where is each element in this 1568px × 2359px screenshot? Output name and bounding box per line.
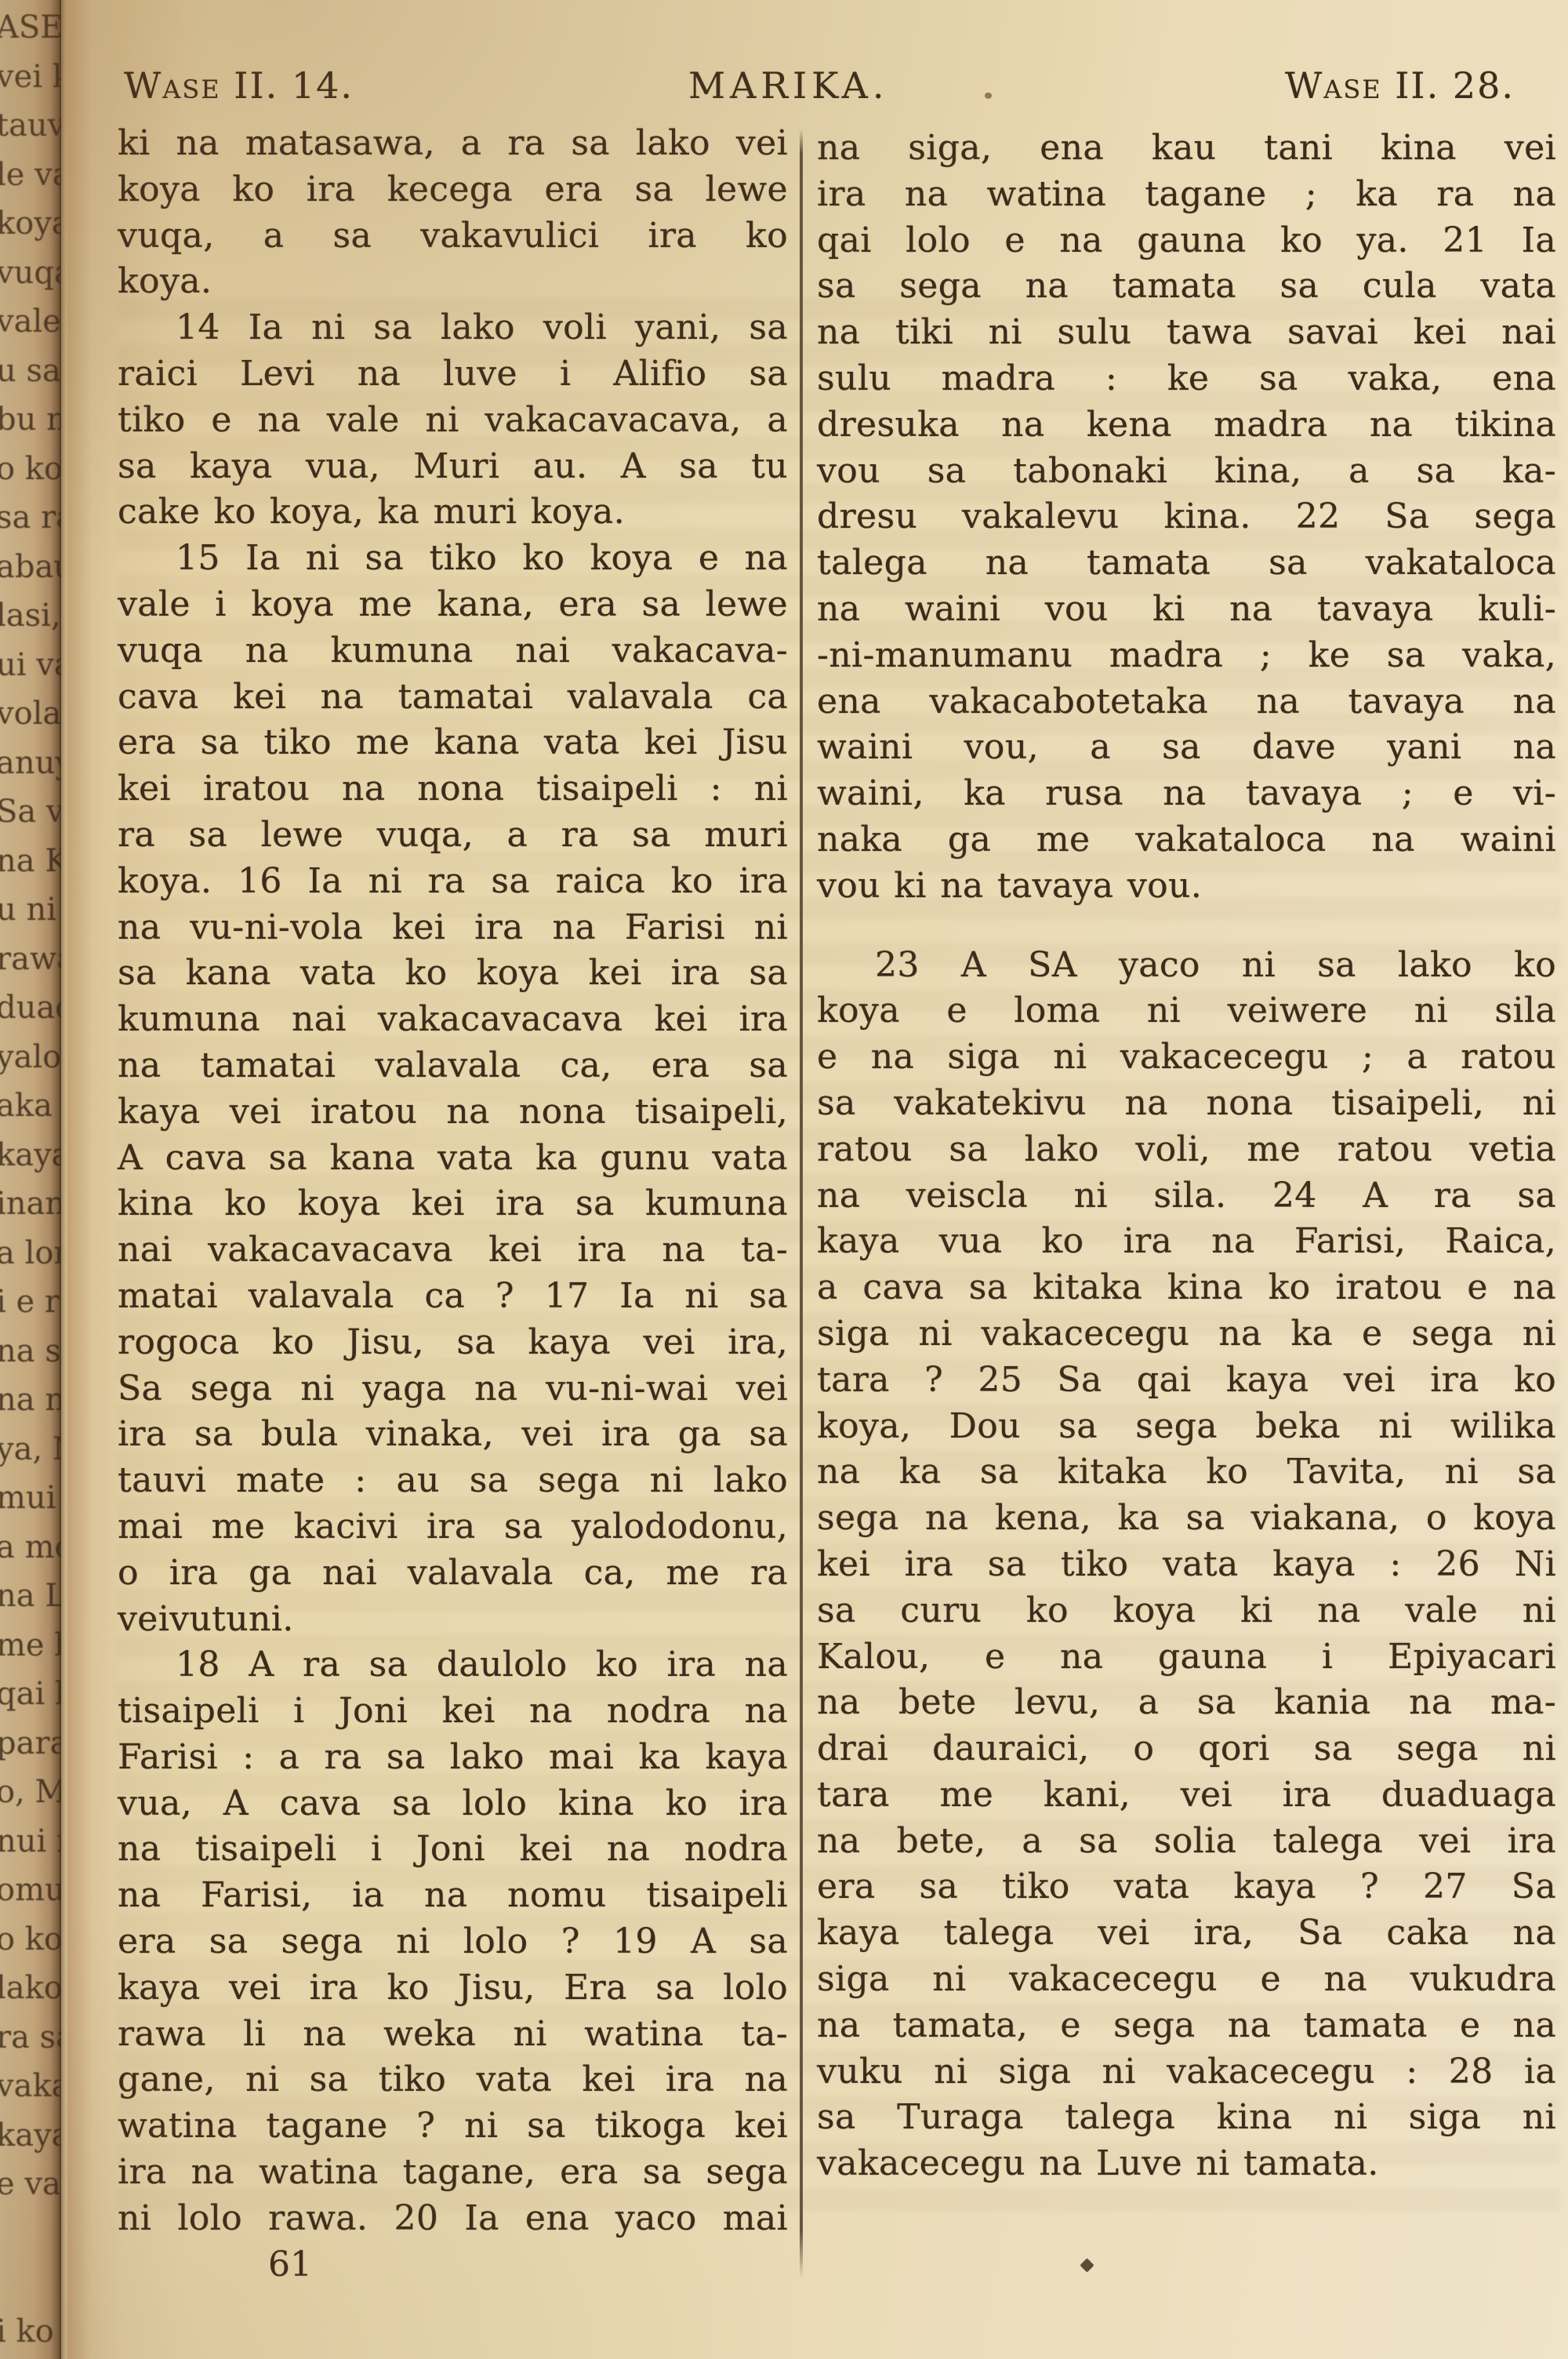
text-line: waini vou, a sa dave yani na [817,725,1556,771]
text-line: na Farisi, ia na nomu tisaipeli [118,1873,788,1919]
text-fragment: a loma [0,1229,61,1278]
text-line: vou ki na tavaya vou. [817,863,1556,910]
text-fragment: vakaro [0,2062,61,2111]
running-head-right: Wase II. 28. [1285,64,1515,107]
text-line: ki na matasawa, a ra sa lako vei [118,121,788,167]
ink-speck [985,93,992,99]
text-fragment: na L [0,1572,61,1621]
text-line: era sa tiko me kana vata kei Jisu [118,720,788,766]
running-head-left: Wase II. 14. [124,64,354,107]
text-line: kaya talega vei ira, Sa caka na [817,1910,1556,1957]
text-line: kumuna nai vakacavacava kei ira [118,997,788,1043]
text-line: sulu madra : ke sa vaka, ena [817,356,1556,402]
text-line: sa vakatekivu na nona tisaipeli, ni [817,1081,1556,1127]
text-fragment: u sa ba [0,347,61,396]
text-fragment: ya, M [0,1425,61,1474]
text-line: siga ni vakacecegu e na vukudra [817,1957,1556,2003]
text-line: tara me kani, vei ira duaduaga [817,1772,1556,1819]
text-fragment: inanuy [0,1179,61,1229]
text-line: vale i koya me kana, era sa lewe [118,582,788,628]
text-fragment: duadua [0,983,61,1033]
text-line: waini, ka rusa na tavaya ; e vi- [817,771,1556,817]
text-line: era sa tiko vata kaya ? 27 Sa [817,1864,1556,1910]
text-line: o ira ga nai valavala ca, me ra [118,1550,788,1597]
text-line: cava kei na tamatai valavala ca [118,674,788,721]
text-fragment: bu nai [0,395,61,445]
text-fragment: nui mo [0,1817,61,1866]
text-fragment: mui m [0,1474,61,1523]
text-fragment: vale sa [0,297,61,347]
text-line: koya. 16 Ia ni ra sa raica ko ira [118,859,788,905]
page-number: 61 [227,2245,353,2284]
text-line: koya e loma ni veiwere ni sila [817,988,1556,1034]
text-line: e na siga ni vakacecegu ; a ratou [817,1034,1556,1081]
text-fragment: lako y [0,1964,61,2013]
text-fragment: i e ra [0,1278,61,1327]
text-fragment: tauvi [0,101,61,151]
text-line: 14 Ia ni sa lako voli yani, sa [118,305,788,351]
text-fragment: na Ka [0,837,61,886]
text-line: veivutuni. [118,1597,788,1643]
text-fragment: Sa vos [0,787,61,837]
text-line: era sa sega ni lolo ? 19 A sa [118,1919,788,1965]
text-line: ni lolo rawa. 20 Ia ena yaco mai [118,2196,788,2242]
text-line: matai valavala ca ? 17 Ia ni sa [118,1274,788,1320]
text-line: vuqa na kumuna nai vakacava- [118,628,788,674]
text-fragment: o koya [0,1915,61,1965]
ink-speck [1080,2258,1094,2272]
text-line: kaya vei iratou na nona tisaipeli, [118,1089,788,1136]
text-line: kei iratou na nona tisaipeli : ni [118,766,788,812]
text-line: watina tagane ? ni sa tikoga kei [118,2103,788,2150]
text-fragment: na no [0,1376,61,1425]
text-line: gane, ni sa tiko vata kei ira na [118,2057,788,2103]
text-fragment: o, Mo [0,1768,61,1817]
text-line: vuku ni siga ni vakacecegu : 28 ia [817,2049,1556,2095]
text-line: vuqa, a sa vakavulici ira ko [118,213,788,260]
text-line: naka ga me vakataloca na waini [817,817,1556,863]
book-page-photo: ASE II.vei ktauvile va. 4koya ravuqa, ev… [0,0,1568,2359]
left-text-column: ki na matasawa, a ra sa lako veikoya ko … [118,121,788,2242]
text-fragment: omu v [0,1866,61,1915]
text-line: sa kaya vua, Muri au. A sa tu [118,444,788,490]
text-line: ira sa bula vinaka, vei ira ga sa [118,1412,788,1458]
right-text-column: na siga, ena kau tani kina veiira na wat… [817,125,1556,2187]
text-line: vua, A cava sa lolo kina ko ira [118,1781,788,1827]
text-line: -ni-manumanu madra ; ke sa vaka, [817,633,1556,679]
text-fragment [0,2209,61,2259]
text-line: rawa li na weka ni watina ta- [118,2012,788,2058]
text-fragment: na sa ta [0,1327,61,1376]
facing-page-edge: ASE II.vei ktauvile va. 4koya ravuqa, ev… [0,0,61,2359]
text-fragment: i ko ko [0,2307,61,2357]
text-line: sa sega na tamata sa cula vata [817,264,1556,310]
text-line: na ka sa kitaka ko Tavita, ni sa [817,1449,1556,1496]
text-line: koya. [118,259,788,305]
text-fragment: qai k [0,1670,61,1719]
text-line: talega na tamata sa vakataloca [817,540,1556,587]
text-line: rogoca ko Jisu, sa kaya vei ira, [118,1320,788,1366]
text-line: na vu-ni-vola kei ira na Farisi ni [118,905,788,951]
text-line: vou sa tabonaki kina, a sa ka- [817,449,1556,495]
text-line: A cava sa kana vata ka gunu vata [118,1136,788,1182]
text-line: sa curu ko koya ki na vale ni [817,1588,1556,1634]
text-line: na tisaipeli i Joni kei na nodra [118,1826,788,1873]
text-fragment: abauta, [0,543,61,592]
text-line: kina ko koya kei ira sa kumuna [118,1181,788,1227]
text-line: 15 Ia ni sa tiko ko koya e na [118,536,788,582]
text-fragment: rawa [0,935,61,984]
text-line: nai vakacavacava kei ira na ta- [118,1227,788,1274]
text-line: Sa sega ni yaga na vu-ni-wai vei [118,1366,788,1412]
text-line: dresu vakalevu kina. 22 Sa sega [817,494,1556,540]
text-fragment: a mo [0,1523,61,1572]
text-fragment: lasi, N [0,591,61,641]
text-line: sa kana vata ko koya kei ira sa [118,951,788,997]
text-fragment: ASE II. [0,3,61,53]
running-head-title: MARIKA. [688,64,888,107]
text-line: ra sa lewe vuqa, a ra sa muri [118,812,788,859]
text-fragment: vuqa, e [0,249,61,298]
text-line: na veiscla ni sila. 24 A ra sa [817,1173,1556,1219]
text-fragment [0,2258,61,2307]
text-line: na tamata, e sega na tamata e na [817,2003,1556,2049]
text-line: sega na kena, ka sa viakana, o koya [817,1496,1556,1542]
text-line: vakacecegu na Luve ni tamata. [817,2141,1556,2187]
text-fragment: aka va [0,1081,61,1131]
text-fragment: vola en [0,689,61,739]
text-line: Farisi : a ra sa lako mai ka kaya [118,1735,788,1781]
text-line: kaya vua ko ira na Farisi, Raica, [817,1219,1556,1265]
text-fragment: ui vala [0,641,61,690]
page-curl-highlight [67,0,122,2359]
text-line: mai me kacivi ira sa yalododonu, [118,1504,788,1550]
text-line: ena vakacabotetaka na tavaya na [817,679,1556,725]
text-fragment: koya ra [0,199,61,249]
text-line: raici Levi na luve i Alifio sa [118,351,788,398]
text-line: na bete, a sa solia talega vei ira [817,1819,1556,1865]
text-line: qai lolo e na gauna ko ya. 21 Ia [817,218,1556,264]
text-line: dresuka na kena madra na tikina [817,402,1556,449]
text-fragment: anuya [0,739,61,788]
text-fragment: e vaka [0,2160,61,2209]
text-fragment: le va. 4 [0,151,61,200]
column-divider-rule [800,129,803,2278]
text-line: 18 A ra sa daulolo ko ira na [118,1642,788,1688]
text-line: na bete levu, a sa kania na ma- [817,1680,1556,1726]
text-line: Kalou, e na gauna i Epiyacari [817,1634,1556,1681]
text-line: koya, Dou sa sega beka ni wilika [817,1404,1556,1450]
text-fragment: vei k [0,53,61,102]
text-fragment: sa raic [0,493,61,543]
text-line: tara ? 25 Sa qai kaya vei ira ko [817,1358,1556,1404]
text-fragment: me bok [0,1621,61,1670]
text-line: 23 A SA yaco ni sa lako ko [817,943,1556,989]
text-fragment: parala [0,1719,61,1768]
text-fragment: kaya, E [0,2111,61,2161]
text-line: drai dauraici, o qori sa sega ni [817,1726,1556,1772]
text-line: ira na watina tagane ; ka ra na [817,172,1556,218]
text-fragment: ra sa [0,2013,61,2063]
text-line: siga ni vakacecegu na ka e sega ni [817,1311,1556,1358]
text-line: tisaipeli i Joni kei na nodra na [118,1688,788,1735]
text-fragment: kaya [0,1131,61,1180]
text-fragment: u ni ca [0,885,61,935]
text-fragment: yalona [0,1033,61,1082]
text-line: kaya vei ira ko Jisu, Era sa lolo [118,1965,788,2012]
text-line: na siga, ena kau tani kina vei [817,125,1556,172]
text-line: ratou sa lako voli, me ratou vetia [817,1127,1556,1173]
text-line: ira na watina tagane, era sa sega [118,2150,788,2196]
text-line: sa Turaga talega kina ni siga ni [817,2095,1556,2141]
text-line: kei ira sa tiko vata kaya : 26 Ni [817,1542,1556,1588]
text-line: cake ko koya, ka muri koya. [118,489,788,536]
text-line: koya ko ira kecega era sa lewe [118,167,788,213]
text-fragment: o koya [0,445,61,494]
text-line: tiko e na vale ni vakacavacava, a [118,398,788,444]
text-line: a cava sa kitaka kina ko iratou e na [817,1265,1556,1311]
text-line: na waini vou ki na tavaya kuli- [817,587,1556,633]
text-line: na tamatai valavala ca, era sa [118,1043,788,1089]
text-line: na tiki ni sulu tawa savai kei nai [817,310,1556,356]
text-line: tauvi mate : au sa sega ni lako [118,1458,788,1504]
paragraph-gap [817,910,1556,943]
